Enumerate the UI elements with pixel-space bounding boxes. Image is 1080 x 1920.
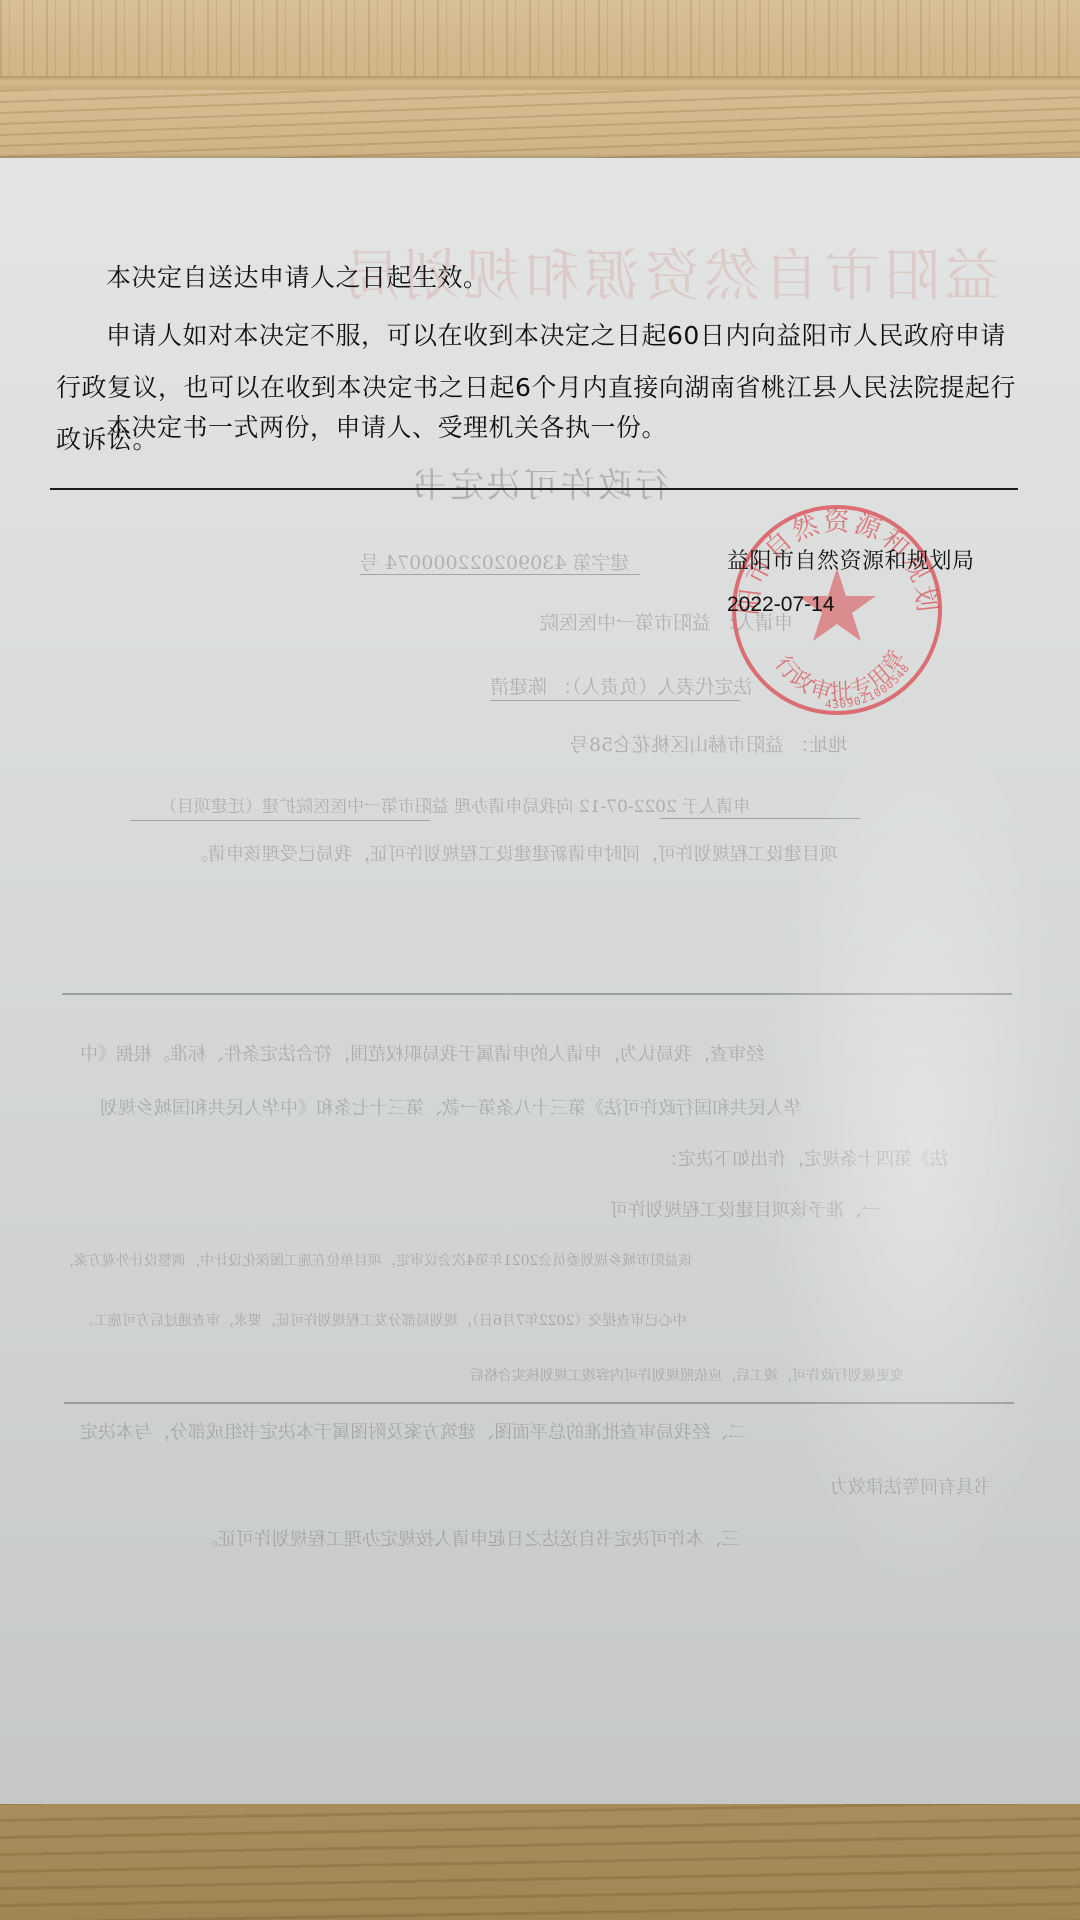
show-through-body5: 该益阳市城乡规划委员会2021年第4次会议审定，项目单位在施工图深化设计中，调整… <box>60 1250 693 1270</box>
wood-trim <box>0 76 1080 90</box>
show-through-body4: 一、准予该项目建设工程规划许可 <box>610 1196 880 1222</box>
show-through-rule <box>64 1402 1014 1404</box>
paragraph-copies: 本决定书一式两份，申请人、受理机关各执一份。 <box>56 412 1016 444</box>
show-through-body7: 变更规划行政许可，竣工后，应依照规划许可内容竣工规划核实合格后 <box>470 1365 904 1385</box>
show-through-body1: 经审查，我局认为，申请人的申请属于我局职权范围，符合法定条件、标准。根据《中 <box>80 1040 764 1066</box>
show-through-representative: 法定代表人（负责人）： 陈建清 <box>490 672 753 699</box>
paragraph-effective-date: 本决定自送达申请人之日起生效。 <box>56 262 1016 294</box>
show-through-underline <box>360 574 640 575</box>
show-through-apply: 申请人于 2022-07-12 向我局申请办理 益阳市第一中医医院扩建（迁建项目… <box>160 792 750 817</box>
show-through-address: 地址： 益阳市赫山区桃花仑58号 <box>570 730 847 757</box>
show-through-rule <box>62 993 1012 995</box>
show-through-underline <box>660 818 860 819</box>
wood-desk-background <box>0 1802 1080 1920</box>
issuing-organization: 益阳市自然资源和规划局 <box>727 544 975 575</box>
show-through-body10: 三、本许可决定书自送达之日起申请人按规定办理工程规划许可证。 <box>200 1525 740 1551</box>
wood-rail <box>0 90 1080 162</box>
show-through-body6: 中心已审查提交（2022年7月6日），规划局部分发工程规划许可证，要求，审查通过… <box>80 1310 686 1330</box>
show-through-underline <box>130 820 430 821</box>
issue-date: 2022-07-14 <box>727 593 834 617</box>
show-through-doc-number: 建字第 430902022000074 号 <box>360 548 629 575</box>
show-through-body8: 二、经我局审查批准的总平面图、建筑方案及附图属于本决定书组成部分，与本决定 <box>80 1418 746 1444</box>
wood-wall-background <box>0 0 1080 78</box>
show-through-body2: 华人民共和国行政许可法》第三十八条第一款、第三十七条和《中华人民共和国城乡规划 <box>100 1094 802 1120</box>
section-divider <box>50 488 1018 490</box>
show-through-apply2: 项目建设工程规划许可，同时申请新建建设工程规划许可证，我局已受理该申请。 <box>190 840 838 866</box>
show-through-underline <box>490 700 740 701</box>
show-through-body3: 法》第四十条规定，作出如下决定： <box>660 1145 948 1171</box>
show-through-body9: 书具有同等法律效力 <box>830 1473 992 1499</box>
